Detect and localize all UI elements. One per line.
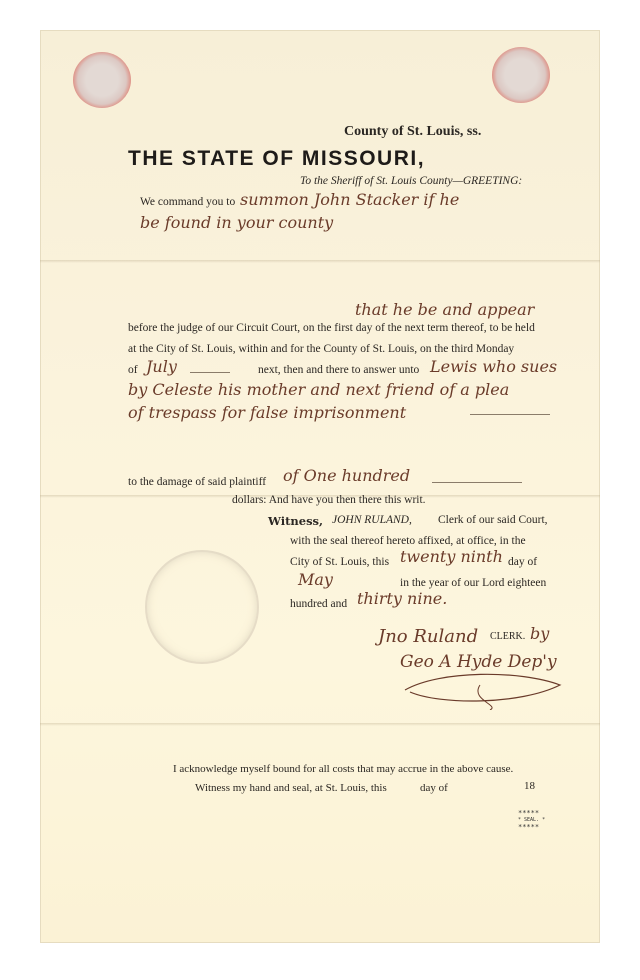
state-heading: THE STATE OF MISSOURI, bbox=[128, 147, 425, 171]
day-of: day of bbox=[508, 556, 537, 568]
acknowledge-line: I acknowledge myself bound for all costs… bbox=[173, 763, 513, 775]
seal-border-bottom: ***** bbox=[518, 824, 545, 831]
handwritten-summon-2: be found in your county bbox=[140, 213, 333, 232]
seal-placeholder: ***** * SEAL. * ***** bbox=[518, 810, 545, 831]
blank-rule bbox=[432, 482, 522, 483]
clerk-label: CLERK. bbox=[490, 631, 525, 642]
embossed-court-seal bbox=[145, 550, 259, 664]
handwritten-month: July bbox=[146, 357, 177, 376]
witness-rest: Clerk of our said Court, bbox=[438, 514, 548, 526]
blank-rule bbox=[190, 372, 230, 373]
of-label: of bbox=[128, 364, 138, 376]
handwritten-plaintiff-1: Lewis who sues bbox=[430, 357, 557, 376]
witness-name: JOHN RULAND, bbox=[332, 514, 412, 526]
city-line: at the City of St. Louis, within and for… bbox=[128, 343, 514, 355]
deputy-signature: Geo A Hyde Dep'y bbox=[400, 652, 557, 672]
wax-seal-left bbox=[73, 52, 131, 108]
handwritten-appear: that he be and appear bbox=[355, 300, 534, 319]
wax-seal-right bbox=[492, 47, 550, 103]
fold-line bbox=[40, 260, 600, 263]
handwritten-plaintiff-2: by Celeste his mother and next friend of… bbox=[128, 380, 509, 399]
county-line: County of St. Louis, ss. bbox=[344, 124, 481, 140]
witness-word: Witness, bbox=[268, 514, 323, 528]
command-prefix: We command you to bbox=[140, 196, 235, 208]
judge-line: before the judge of our Circuit Court, o… bbox=[128, 322, 535, 334]
year-prefix: 18 bbox=[524, 780, 535, 792]
seal-line: with the seal thereof hereto affixed, at… bbox=[290, 535, 526, 547]
hundred-and: hundred and bbox=[290, 598, 347, 610]
handwritten-year: thirty nine. bbox=[357, 589, 447, 608]
witness-hand-line: Witness my hand and seal, at St. Louis, … bbox=[195, 782, 387, 794]
handwritten-damage: of One hundred bbox=[283, 466, 410, 485]
handwritten-summon-1: summon John Stacker if he bbox=[240, 190, 459, 209]
damage-label: to the damage of said plaintiff bbox=[128, 476, 266, 488]
blank-rule bbox=[470, 414, 550, 415]
fold-line bbox=[40, 723, 600, 726]
witness-day-of: day of bbox=[420, 782, 448, 794]
handwritten-by: by bbox=[530, 624, 549, 643]
dollars-line: dollars: And have you then there this wr… bbox=[232, 494, 426, 506]
city-this: City of St. Louis, this bbox=[290, 556, 389, 568]
handwritten-month-2: May bbox=[298, 570, 333, 589]
clerk-signature: Jno Ruland bbox=[378, 626, 478, 647]
greeting-line: To the Sheriff of St. Louis County—GREET… bbox=[300, 175, 522, 187]
answer-line: next, then and there to answer unto bbox=[258, 364, 419, 376]
handwritten-day: twenty ninth bbox=[400, 547, 503, 566]
signature-flourish bbox=[400, 670, 570, 710]
lord-line: in the year of our Lord eighteen bbox=[400, 577, 546, 589]
handwritten-plaintiff-3: of trespass for false imprisonment bbox=[128, 403, 406, 422]
seal-border-top: ***** bbox=[518, 810, 545, 817]
